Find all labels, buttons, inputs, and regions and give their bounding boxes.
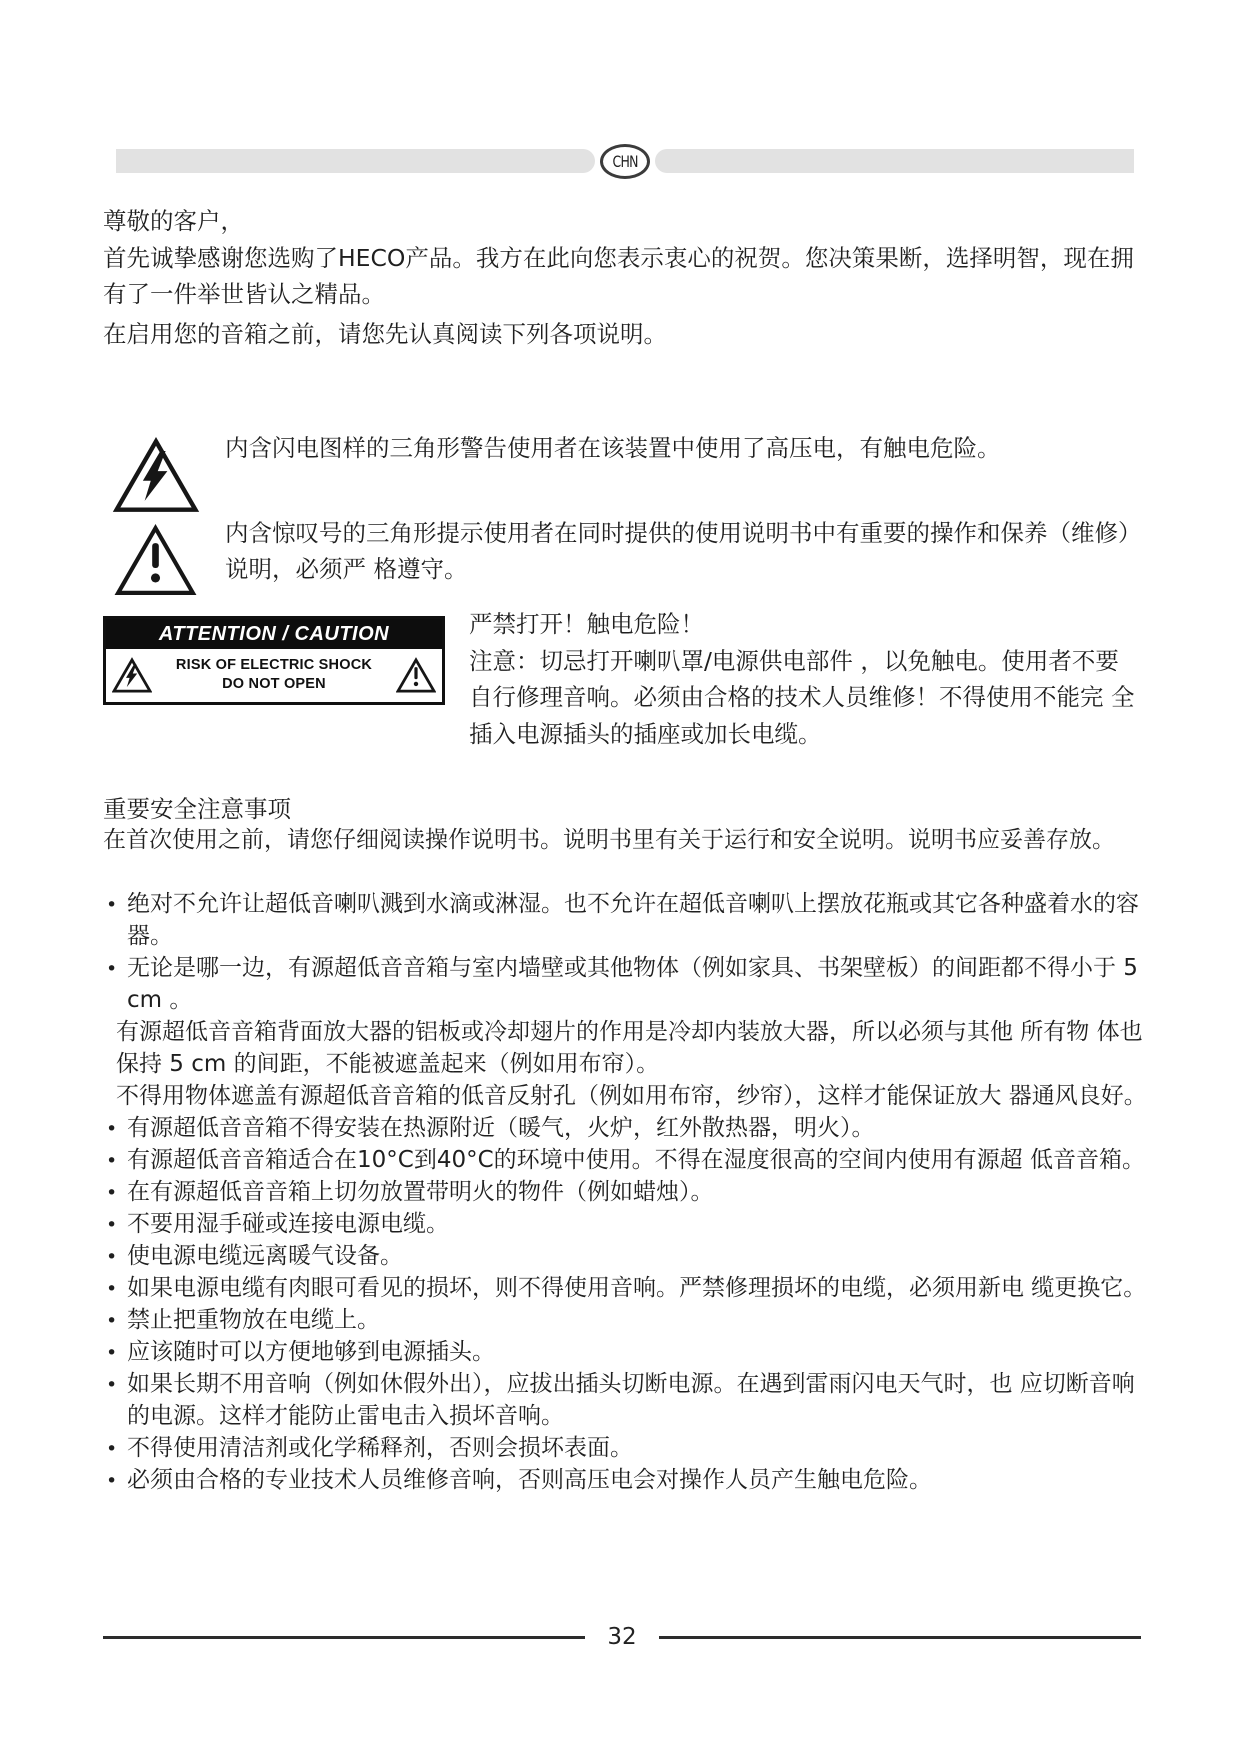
salutation-text: 尊敬的客户，: [103, 203, 244, 239]
intro-paragraph-2: 在启用您的音箱之前，请您先认真阅读下列各项说明。: [103, 316, 1147, 352]
language-badge-label: CHN: [612, 152, 637, 171]
bullet-marker: •: [106, 1305, 117, 1337]
caution-label-line1: RISK OF ELECTRIC SHOCK: [154, 656, 394, 675]
safety-list-item: •有源超低音音箱不得安装在热源附近（暖气，火炉，红外散热器，明火）。: [103, 1112, 1153, 1144]
safety-item-text: 禁止把重物放在电缆上。: [127, 1307, 380, 1333]
footer-rule-left: [103, 1636, 585, 1639]
caution-label-body: RISK OF ELECTRIC SHOCK DO NOT OPEN: [106, 649, 442, 702]
page-footer: 32: [103, 1620, 1141, 1654]
safety-item-text: 必须由合格的专业技术人员维修音响，否则高压电会对操作人员产生触电危险。: [127, 1467, 932, 1493]
intro-paragraph-1: 首先诚挚感谢您选购了HECO产品。我方在此向您表示衷心的祝贺。您决策果断，选择明…: [103, 240, 1147, 312]
safety-list-item: •不得使用清洁剂或化学稀释剂，否则会损坏表面。: [103, 1432, 1153, 1464]
safety-item-text: 无论是哪一边，有源超低音音箱与室内墙壁或其他物体（例如家具、书架壁板）的间距都不…: [127, 955, 1138, 1013]
safety-list-item: •无论是哪一边，有源超低音音箱与室内墙壁或其他物体（例如家具、书架壁板）的间距都…: [103, 952, 1153, 1016]
safety-section-heading: 重要安全注意事项: [103, 791, 291, 827]
bullet-marker: •: [106, 1113, 117, 1145]
safety-item-text: 如果长期不用音响（例如休假外出），应拔出插头切断电源。在遇到雷雨闪电天气时，也 …: [127, 1371, 1135, 1429]
safety-list-item: •如果电源电缆有肉眼可看见的损坏，则不得使用音响。严禁修理损坏的电缆，必须用新电…: [103, 1272, 1153, 1304]
bullet-marker: •: [106, 1177, 117, 1209]
safety-item-text: 如果电源电缆有肉眼可看见的损坏，则不得使用音响。严禁修理损坏的电缆，必须用新电 …: [127, 1275, 1146, 1301]
bullet-marker: •: [106, 1145, 117, 1177]
safety-item-text: 有源超低音音箱适合在10°C到40°C的环境中使用。不得在湿度很高的空间内使用有…: [127, 1147, 1145, 1173]
warning-text-manual-instructions: 内含惊叹号的三角形提示使用者在同时提供的使用说明书中有重要的操作和保养（维修）说…: [225, 515, 1163, 587]
safety-list-item: •如果长期不用音响（例如休假外出），应拔出插头切断电源。在遇到雷雨闪电天气时，也…: [103, 1368, 1153, 1432]
safety-list-item: 不得用物体遮盖有源超低音音箱的低音反射孔（例如用布帘，纱帘），这样才能保证放大 …: [103, 1080, 1153, 1112]
safety-list-item: 有源超低音音箱背面放大器的铝板或冷却翅片的作用是冷却内装放大器，所以必须与其他 …: [103, 1016, 1153, 1080]
safety-list-item: •应该随时可以方便地够到电源插头。: [103, 1336, 1153, 1368]
safety-item-text: 使电源电缆远离暖气设备。: [127, 1243, 403, 1269]
safety-item-text: 应该随时可以方便地够到电源插头。: [127, 1339, 495, 1365]
page-number: 32: [607, 1624, 636, 1650]
safety-item-text: 不得使用清洁剂或化学稀释剂，否则会损坏表面。: [127, 1435, 633, 1461]
safety-item-text: 绝对不允许让超低音喇叭溅到水滴或淋湿。也不允许在超低音喇叭上摆放花瓶或其它各种盛…: [127, 891, 1139, 949]
language-badge: CHN: [600, 144, 650, 179]
bullet-marker: •: [106, 1465, 117, 1497]
caution-label: ATTENTION / CAUTION RISK OF ELECTRIC SHO…: [103, 616, 445, 705]
bullet-marker: •: [106, 1337, 117, 1369]
caution-warning-text: 严禁打开！触电危险！ 注意：切忌打开喇叭罩/电源供电部件 ，以免触电。使用者不要…: [469, 606, 1147, 752]
safety-list: •绝对不允许让超低音喇叭溅到水滴或淋湿。也不允许在超低音喇叭上摆放花瓶或其它各种…: [103, 888, 1153, 1496]
footer-rule-right: [659, 1636, 1141, 1639]
safety-list-item: •使电源电缆远离暖气设备。: [103, 1240, 1153, 1272]
safety-list-item: •禁止把重物放在电缆上。: [103, 1304, 1153, 1336]
caution-warning-line1: 严禁打开！触电危险！: [469, 606, 1147, 643]
exclamation-triangle-small-icon: [396, 657, 436, 694]
safety-list-item: •在有源超低音音箱上切勿放置带明火的物件（例如蜡烛）。: [103, 1176, 1153, 1208]
safety-item-text: 不要用湿手碰或连接电源电缆。: [127, 1211, 449, 1237]
safety-item-text: 有源超低音音箱不得安装在热源附近（暖气，火炉，红外散热器，明火）。: [127, 1115, 875, 1141]
safety-item-text: 不得用物体遮盖有源超低音音箱的低音反射孔（例如用布帘，纱帘），这样才能保证放大 …: [116, 1083, 1147, 1109]
bullet-marker: •: [106, 889, 117, 921]
bullet-marker: •: [106, 953, 117, 985]
bullet-marker: •: [106, 1433, 117, 1465]
safety-list-item: •有源超低音音箱适合在10°C到40°C的环境中使用。不得在湿度很高的空间内使用…: [103, 1144, 1153, 1176]
manual-page: CHN 尊敬的客户， 首先诚挚感谢您选购了HECO产品。我方在此向您表示衷心的祝…: [0, 0, 1241, 1754]
safety-item-text: 在有源超低音音箱上切勿放置带明火的物件（例如蜡烛）。: [127, 1179, 714, 1205]
caution-label-line2: DO NOT OPEN: [154, 675, 394, 694]
caution-label-title: ATTENTION / CAUTION: [106, 619, 442, 649]
bullet-marker: •: [106, 1369, 117, 1401]
lightning-triangle-icon: [112, 437, 200, 514]
header-bar-right-segment: [655, 149, 1134, 173]
header-bar-left-segment: [116, 149, 595, 173]
header-bar: CHN: [116, 146, 1134, 176]
safety-list-item: •不要用湿手碰或连接电源电缆。: [103, 1208, 1153, 1240]
exclamation-triangle-icon: [114, 522, 197, 599]
caution-warning-body: 注意：切忌打开喇叭罩/电源供电部件 ，以免触电。使用者不要 自行修理音响。必须由…: [469, 643, 1147, 753]
safety-item-text: 有源超低音音箱背面放大器的铝板或冷却翅片的作用是冷却内装放大器，所以必须与其他 …: [116, 1019, 1143, 1077]
bullet-marker: •: [106, 1209, 117, 1241]
bullet-marker: •: [106, 1241, 117, 1273]
bullet-marker: •: [106, 1273, 117, 1305]
warning-text-high-voltage: 内含闪电图样的三角形警告使用者在该装置中使用了高压电，有触电危险。: [225, 430, 1145, 466]
lightning-triangle-small-icon: [112, 657, 152, 694]
safety-section-intro: 在首次使用之前，请您仔细阅读操作说明书。说明书里有关于运行和安全说明。说明书应妥…: [103, 824, 1153, 856]
safety-list-item: •必须由合格的专业技术人员维修音响，否则高压电会对操作人员产生触电危险。: [103, 1464, 1153, 1496]
safety-list-item: •绝对不允许让超低音喇叭溅到水滴或淋湿。也不允许在超低音喇叭上摆放花瓶或其它各种…: [103, 888, 1153, 952]
